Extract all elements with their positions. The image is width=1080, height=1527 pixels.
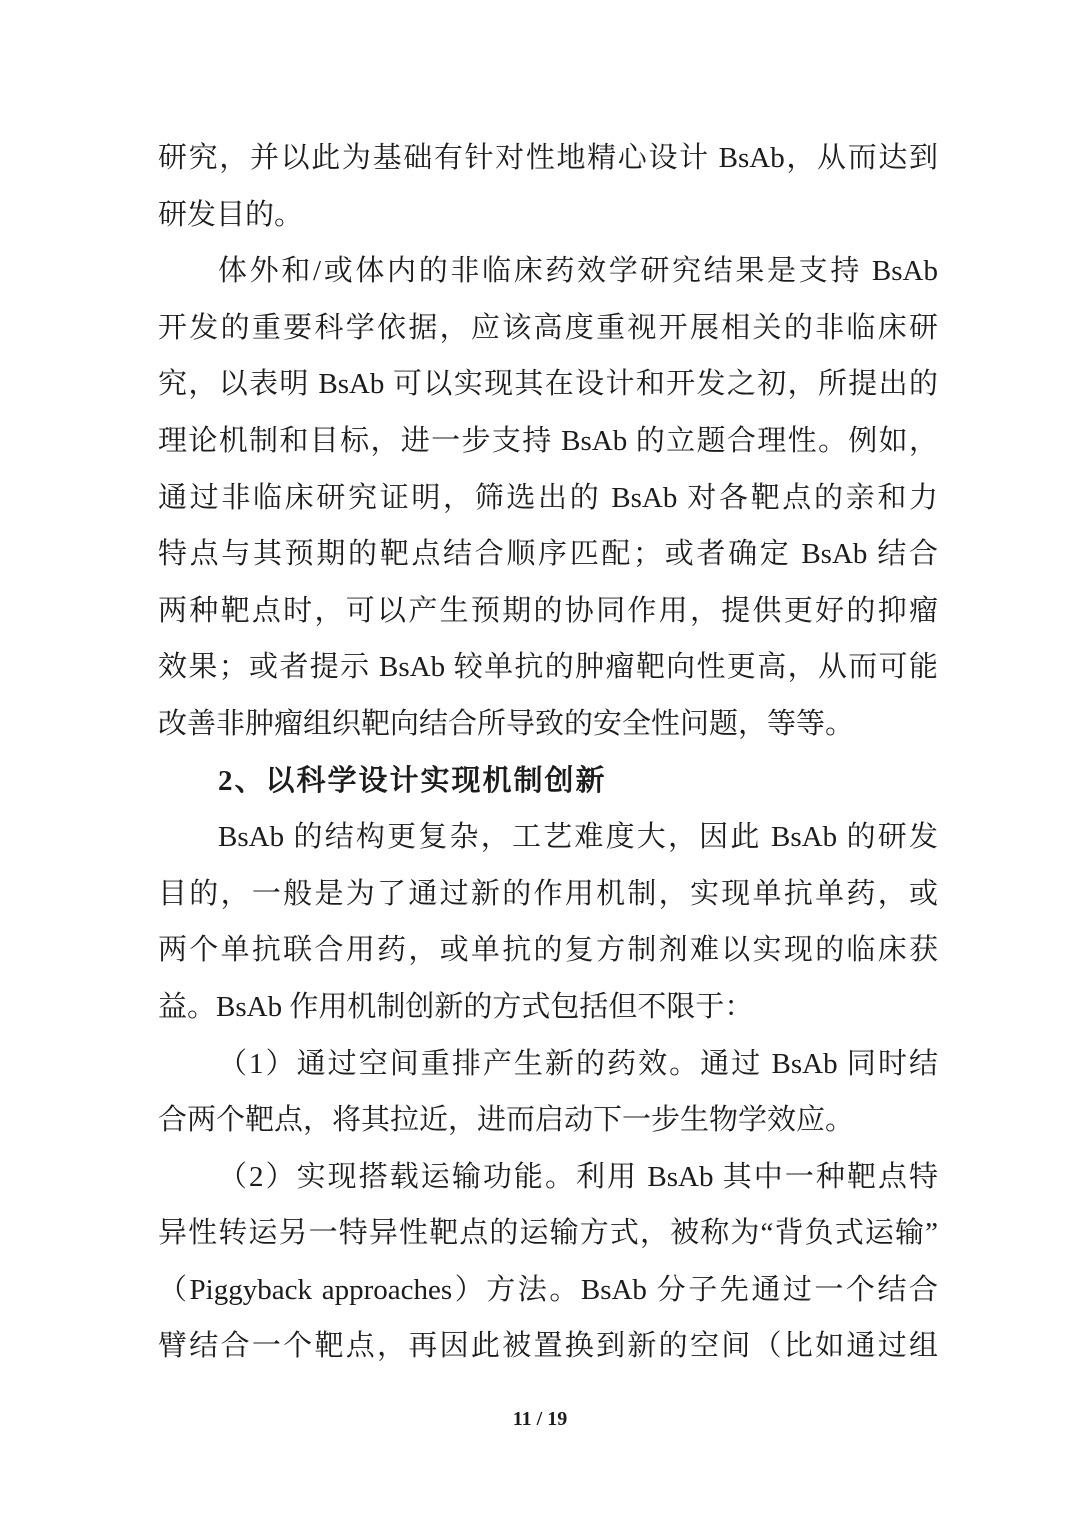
text-line: 开发的重要科学依据，应该高度重视开展相关的非临床研: [158, 300, 938, 357]
text-line: 两个单抗联合用药，或单抗的复方制剂难以实现的临床获: [158, 922, 938, 979]
text-line: 合两个靶点，将其拉近，进而启动下一步生物学效应。: [158, 1092, 938, 1149]
text-line: （1）通过空间重排产生新的药效。通过 BsAb 同时结: [158, 1036, 938, 1093]
text-line: 通过非临床研究证明，筛选出的 BsAb 对各靶点的亲和力: [158, 470, 938, 527]
text-line: （Piggyback approaches）方法。BsAb 分子先通过一个结合: [158, 1262, 938, 1319]
text-line: 效果；或者提示 BsAb 较单抗的肿瘤靶向性更高，从而可能: [158, 639, 938, 696]
text-line: 异性转运另一特异性靶点的运输方式，被称为“背负式运输”: [158, 1205, 938, 1262]
page-footer: 11 / 19: [0, 1408, 1080, 1431]
text-line: 研发目的。: [158, 187, 938, 244]
text-line: 两种靶点时，可以产生预期的协同作用，提供更好的抑瘤: [158, 583, 938, 640]
text-line: BsAb 的结构更复杂，工艺难度大，因此 BsAb 的研发: [158, 809, 938, 866]
page-number: 11 / 19: [513, 1408, 567, 1430]
text-line: 究，以表明 BsAb 可以实现其在设计和开发之初，所提出的: [158, 356, 938, 413]
text-line: 体外和/或体内的非临床药效学研究结果是支持 BsAb: [158, 243, 938, 300]
text-line: 益。BsAb 作用机制创新的方式包括但不限于：: [158, 979, 938, 1036]
text-line: 研究，并以此为基础有针对性地精心设计 BsAb，从而达到: [158, 130, 938, 187]
text-line: （2）实现搭载运输功能。利用 BsAb 其中一种靶点特: [158, 1149, 938, 1206]
section-heading: 2、以科学设计实现机制创新: [158, 753, 938, 810]
text-line: 理论机制和目标，进一步支持 BsAb 的立题合理性。例如，: [158, 413, 938, 470]
text-line: 目的，一般是为了通过新的作用机制，实现单抗单药，或: [158, 866, 938, 923]
text-line: 改善非肿瘤组织靶向结合所导致的安全性问题，等等。: [158, 696, 938, 753]
text-line: 特点与其预期的靶点结合顺序匹配；或者确定 BsAb 结合: [158, 526, 938, 583]
text-line: 臂结合一个靶点，再因此被置换到新的空间（比如通过组: [158, 1318, 938, 1375]
document-page: 研究，并以此为基础有针对性地精心设计 BsAb，从而达到研发目的。体外和/或体内…: [0, 0, 1080, 1527]
document-body: 研究，并以此为基础有针对性地精心设计 BsAb，从而达到研发目的。体外和/或体内…: [158, 130, 938, 1375]
